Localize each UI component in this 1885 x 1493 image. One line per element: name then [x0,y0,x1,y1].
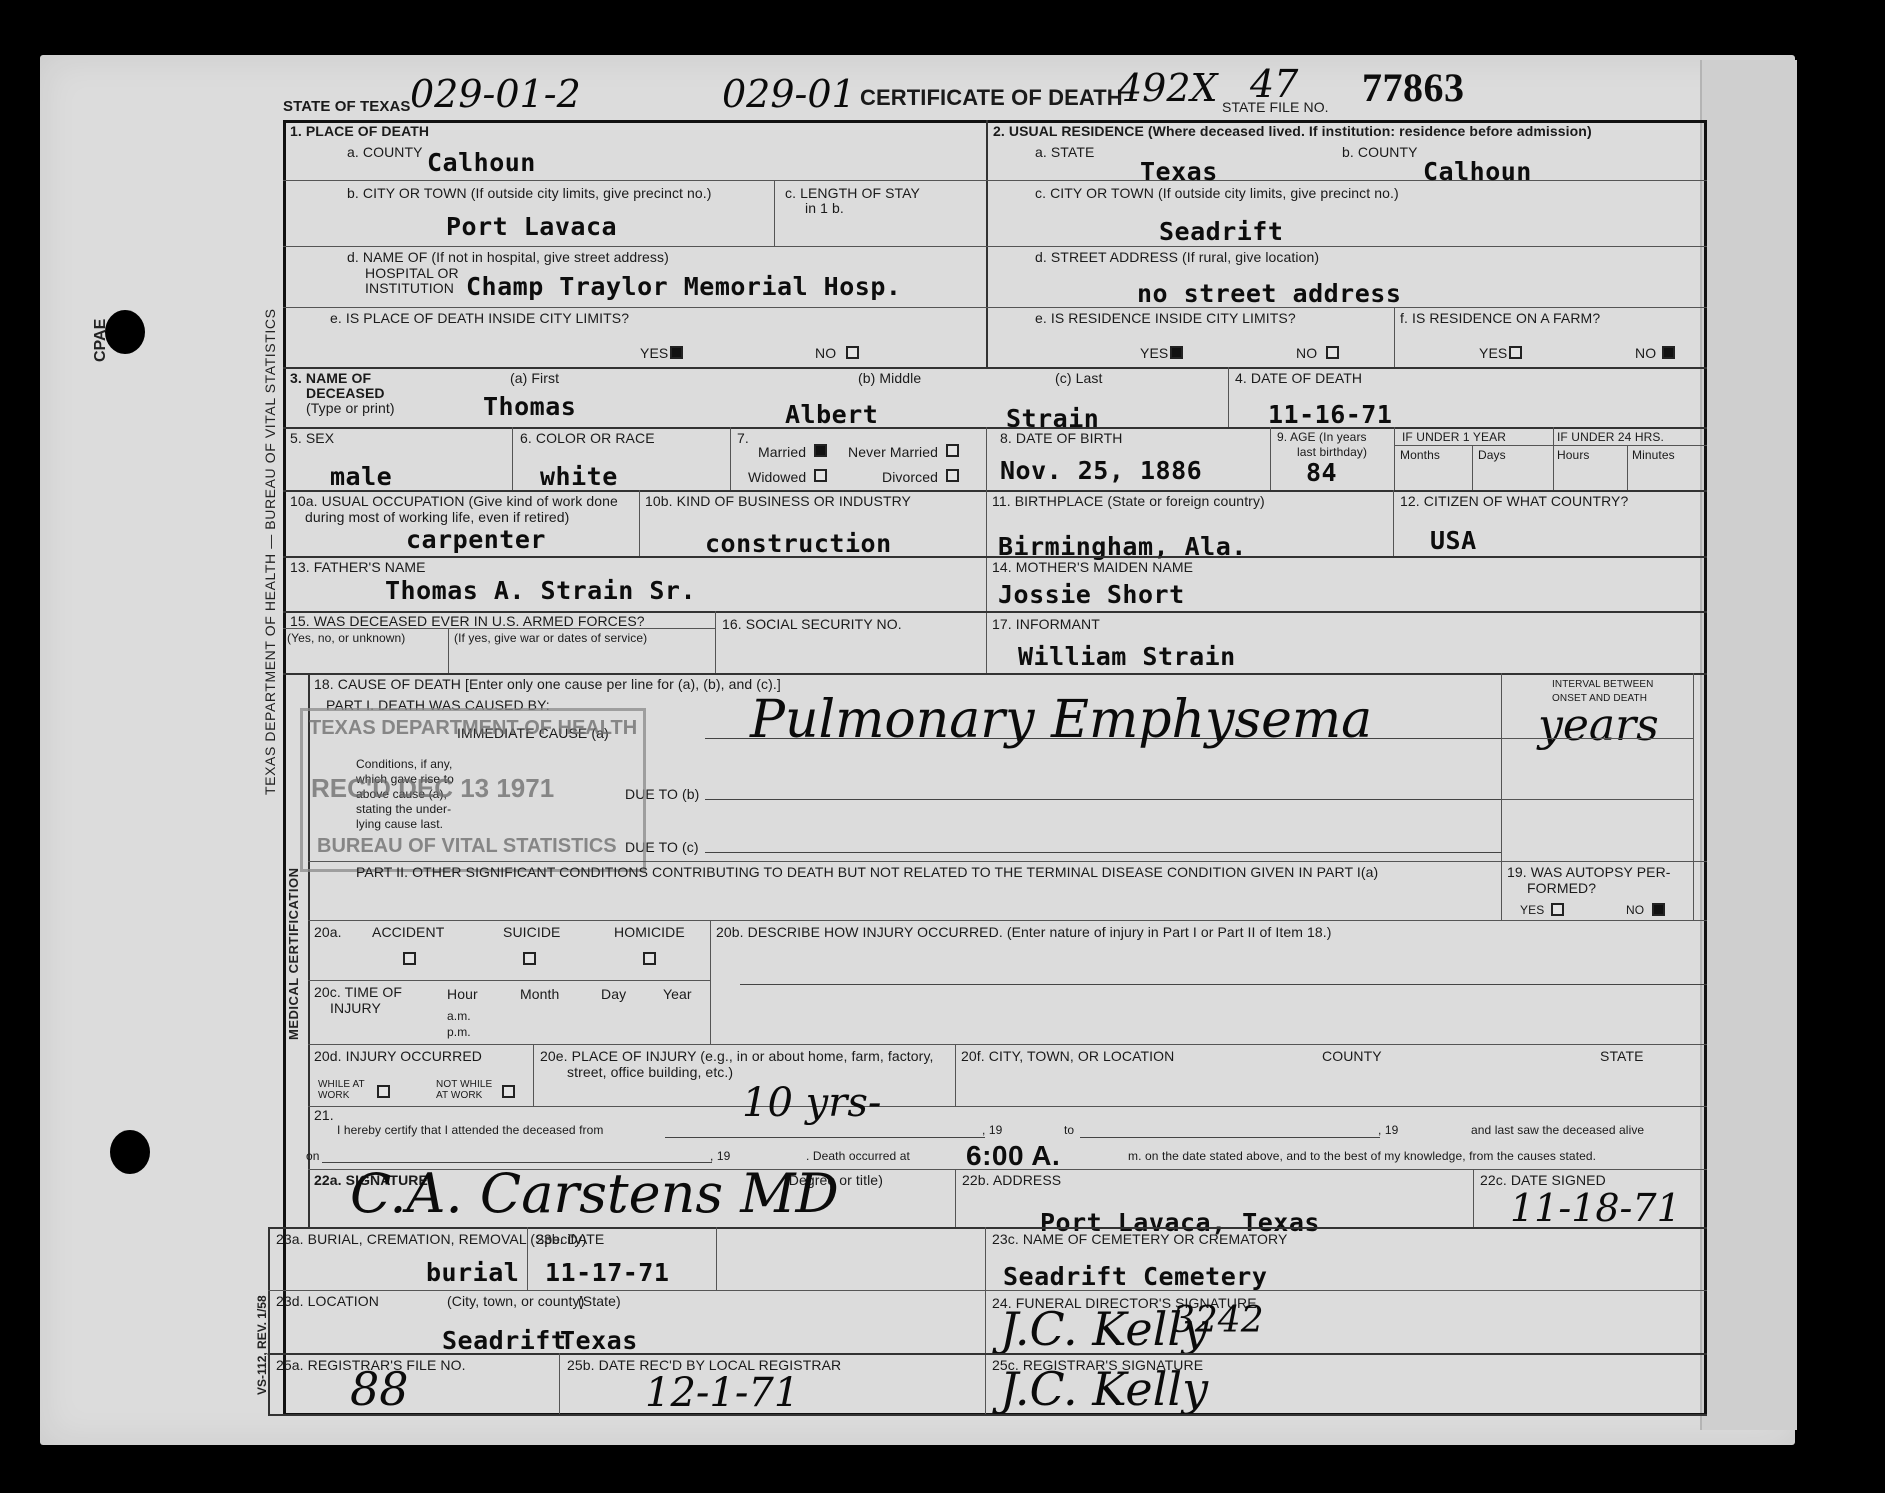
attended-from-line [665,1137,985,1138]
stay-label: c. LENGTH OF STAY [785,186,920,201]
col-line [512,427,513,490]
state-label: STATE OF TEXAS [283,99,411,115]
residence-state: Texas [1140,157,1218,186]
suicide-checkbox[interactable] [523,952,536,965]
name-label-2: DECEASED [306,386,385,401]
state-file-no-label: STATE FILE NO. [1222,100,1329,115]
due-to-b-line [705,799,1501,800]
birthplace-label: 11. BIRTHPLACE (State or foreign country… [992,494,1265,509]
farm-no-label: NO [1635,346,1656,361]
suicide-label: SUICIDE [503,925,561,940]
col-line [1228,367,1229,427]
industry: construction [705,529,892,558]
row-line [283,556,1707,558]
death-time: 6:00 A. [966,1140,1060,1172]
row-line [283,307,986,308]
never-married-checkbox[interactable] [946,444,959,457]
age: 84 [1306,458,1337,487]
date-of-death-label: 4. DATE OF DEATH [1235,371,1362,386]
row-line [283,427,1707,429]
while-at-work-label: WHILE AT WORK [318,1080,368,1101]
col-line [774,180,775,246]
farm-label: f. IS RESIDENCE ON A FARM? [1400,311,1600,326]
col-line [715,611,716,673]
age-label: 9. AGE (In years [1277,431,1367,444]
days-label: Days [1478,449,1506,462]
row-line [268,1227,1707,1229]
nineteen-2: , 19 [1378,1124,1398,1137]
hospital-name: Champ Traylor Memorial Hosp. [466,272,901,301]
residence-city-label: c. CITY OR TOWN (If outside city limits,… [1035,186,1399,201]
under-year-label: IF UNDER 1 YEAR [1402,431,1506,444]
nineteen-3: , 19 [710,1150,730,1163]
col-line [1473,1169,1474,1227]
time-of-injury-label-2: INJURY [330,1001,381,1016]
last-saw-text: and last saw the deceased alive [1471,1124,1644,1137]
label-20a: 20a. [314,925,342,940]
paper-underlay-edge [1700,60,1797,1430]
armed-forces-label: 15. WAS DECEASED EVER IN U.S. ARMED FORC… [290,614,645,629]
stamp-line-1: TEXAS DEPARTMENT OF HEALTH [309,717,637,740]
location-city: Seadrift [442,1326,566,1355]
widowed-label: Widowed [748,470,806,485]
inside-city-no-label: NO [815,346,836,361]
occupation-label-2: during most of working life, even if ret… [305,510,569,525]
father-label: 13. FATHER'S NAME [290,560,426,575]
location-city-label: (City, town, or county) [447,1294,584,1309]
divorced-checkbox[interactable] [946,469,959,482]
informant: William Strain [1018,642,1236,671]
describe-injury-line [740,984,1707,985]
autopsy-label-2: FORMED? [1527,881,1596,896]
homicide-label: HOMICIDE [614,925,685,940]
death-occurred-label: . Death occurred at [806,1150,910,1163]
received-stamp: TEXAS DEPARTMENT OF HEALTH REC'D DEC 13 … [300,708,646,872]
col-line [955,1044,956,1106]
col-line [448,628,449,673]
occupation: carpenter [406,525,546,554]
part2-label: PART II. OTHER SIGNIFICANT CONDITIONS CO… [356,865,1378,880]
inside-city-yes-label: YES [640,346,668,361]
col-line [1693,673,1694,920]
residence-label-text: 2. USUAL RESIDENCE (Where deceased lived… [993,123,1592,139]
injury-city-label: 20f. CITY, TOWN, OR LOCATION [961,1049,1174,1064]
col-line [639,490,640,556]
autopsy-yes-checkbox[interactable] [1551,903,1564,916]
farm-yes-label: YES [1479,346,1507,361]
form-bottom-line [268,1414,1707,1416]
months-label: Months [1400,449,1440,462]
never-married-label: Never Married [848,445,938,460]
residence-county-label: b. COUNTY [1342,145,1418,160]
row-line [308,920,1707,921]
col-line [1501,673,1502,920]
industry-label: 10b. KIND OF BUSINESS OR INDUSTRY [645,494,911,509]
certify-text: I hereby certify that I attended the dec… [337,1124,604,1137]
form-id: VS-112, REV. 1/58 [255,1295,269,1395]
location-state-label: (State) [578,1294,621,1309]
col-line [710,920,711,1044]
injury-county-label: COUNTY [1322,1049,1382,1064]
residence-state-label: a. STATE [1035,145,1094,160]
funeral-director-number: 3242 [1172,1300,1264,1341]
immediate-cause: Pulmonary Emphysema [750,690,1372,750]
hospital-label: d. NAME OF (If not in hospital, give str… [347,250,669,265]
residence-inside-yes-checkbox[interactable] [1170,346,1183,359]
month-label: Month [520,987,559,1002]
day-label: Day [601,987,626,1002]
name-label-3: (Type or print) [306,401,395,416]
col-line [1393,490,1394,556]
row-line [1394,445,1707,446]
inside-city-no-checkbox[interactable] [846,346,859,359]
col-line [1627,445,1628,490]
occupation-label: 10a. USUAL OCCUPATION (Give kind of work… [290,494,618,509]
col-line [1270,427,1271,490]
residence-inside-no-checkbox[interactable] [1326,346,1339,359]
divider-place-residence [986,120,988,367]
first-name: Thomas [483,392,576,421]
minutes-label: Minutes [1632,449,1675,462]
margin-department-title: TEXAS DEPARTMENT OF HEALTH — BUREAU OF V… [262,308,278,795]
accident-checkbox[interactable] [403,952,416,965]
cemetery-label: 23c. NAME OF CEMETERY OR CREMATORY [992,1232,1287,1247]
burial-date-label: 23b. DATE [536,1232,604,1247]
residence-county: Calhoun [1423,157,1532,186]
city-label: b. CITY OR TOWN (If outside city limits,… [347,186,712,201]
row-line [308,1044,1707,1045]
while-at-work-checkbox[interactable] [377,1085,390,1098]
row-line [283,367,1707,369]
row-line [283,673,1707,675]
under-24-label: IF UNDER 24 HRS. [1557,431,1664,444]
autopsy-yes-label: YES [1520,904,1544,917]
middle-name: Albert [785,400,878,429]
age-label-2: last birthday) [1297,446,1367,459]
hospital-label-2: HOSPITAL OR [365,266,459,281]
farm-no-checkbox[interactable] [1662,346,1675,359]
col-line [1472,445,1473,490]
registrar-signature: J.C. Kelly [1000,1362,1208,1416]
date-of-birth: Nov. 25, 1886 [1000,456,1202,485]
hour-label: Hour [447,987,478,1002]
marital-label: 7. [737,431,749,446]
residence-label: 2. USUAL RESIDENCE (Where deceased lived… [993,124,1592,139]
armed-forces-sub-2: (If yes, give war or dates of service) [454,632,647,645]
race: white [540,462,618,491]
inside-city-yes-checkbox[interactable] [670,346,683,359]
row-line [1501,799,1693,800]
residence-street: no street address [1137,279,1401,308]
on-label: on [306,1150,320,1163]
ssn-label: 16. SOCIAL SECURITY NO. [722,617,902,632]
row-line [308,980,710,981]
not-while-at-work-checkbox[interactable] [502,1085,515,1098]
place-of-injury-label: 20e. PLACE OF INJURY (e.g., in or about … [540,1049,934,1064]
row-line [283,180,986,181]
lower-border-left [268,1227,270,1416]
cause-label: 18. CAUSE OF DEATH [Enter only one cause… [314,677,781,692]
attended-to-line [1080,1137,1380,1138]
middle-name-label: (b) Middle [858,371,921,386]
race-label: 6. COLOR OR RACE [520,431,655,446]
citizen: USA [1430,526,1477,555]
col-line [559,1353,560,1416]
handwritten-code-1: 029-01-2 [410,72,581,116]
handwritten-code-2: 029-01 [722,72,856,116]
row-line [986,180,1707,181]
stamp-line-2: REC'D DEC 13 1971 [311,773,554,804]
time-of-injury-label: 20c. TIME OF [314,985,402,1000]
date-recd: 12-1-71 [645,1370,799,1416]
punch-hole-bottom [110,1130,150,1174]
registrar-file-no: 88 [350,1362,409,1416]
stay-sub-label: in 1 b. [805,201,844,216]
label-21: 21. [314,1108,334,1123]
row-line [268,1353,1707,1355]
married-label: Married [758,445,806,460]
row-line [1501,738,1693,739]
col-line [986,490,987,673]
cemetery: Seadrift Cemetery [1003,1262,1267,1291]
row-line [268,1290,1707,1291]
hours-label: Hours [1557,449,1590,462]
county-label: a. COUNTY [347,145,423,160]
place-of-death-label: 1. PLACE OF DEATH [290,124,429,139]
row-line [308,1106,1707,1107]
hole-stamp-text: CPAE [92,319,110,362]
widowed-checkbox[interactable] [814,469,827,482]
name-label: 3. NAME OF [290,371,371,386]
accident-label: ACCIDENT [372,925,444,940]
describe-injury-label: 20b. DESCRIBE HOW INJURY OCCURRED. (Ente… [716,925,1332,940]
not-while-at-work-label: NOT WHILE AT WORK [436,1080,496,1101]
state-file-no: 77863 [1362,64,1465,111]
autopsy-no-checkbox[interactable] [1652,903,1665,916]
interval: years [1538,700,1659,751]
death-time-suffix: m. on the date stated above, and to the … [1128,1150,1596,1163]
due-to-c-line [705,852,1501,853]
col-line [1394,427,1395,490]
armed-forces-sub-1: (Yes, no, or unknown) [287,632,405,645]
mother-label: 14. MOTHER'S MAIDEN NAME [992,560,1193,575]
sex: male [330,462,392,491]
residence-inside-city-label: e. IS RESIDENCE INSIDE CITY LIMITS? [1035,311,1296,326]
citizen-label: 12. CITIZEN OF WHAT COUNTRY? [1400,494,1628,509]
nineteen-1: , 19 [982,1124,1002,1137]
burial-date: 11-17-71 [545,1258,669,1287]
handwritten-code-3: 492X [1118,66,1218,110]
row-line [308,861,1707,862]
attended-from: 10 yrs- [742,1080,881,1126]
residence-inside-no-label: NO [1296,346,1317,361]
row-line [283,490,1707,492]
inside-city-label: e. IS PLACE OF DEATH INSIDE CITY LIMITS? [330,311,629,326]
death-city: Port Lavaca [446,212,617,241]
residence-city: Seadrift [1159,217,1283,246]
residence-street-label: d. STREET ADDRESS (If rural, give locati… [1035,250,1319,265]
location-label: 23d. LOCATION [276,1294,379,1309]
informant-label: 17. INFORMANT [992,617,1100,632]
death-county: Calhoun [427,148,536,177]
row-line [986,246,1707,247]
col-line [1553,427,1554,490]
physician-signature: C.A. Carstens MD [350,1162,839,1225]
divorced-label: Divorced [882,470,938,485]
certificate-title: CERTIFICATE OF DEATH [860,86,1123,109]
farm-yes-checkbox[interactable] [1509,346,1522,359]
autopsy-label: 19. WAS AUTOPSY PER- [1507,865,1671,880]
interval-label-1: INTERVAL BETWEEN [1552,680,1653,691]
hospital-label-3: INSTITUTION [365,281,454,296]
col-line [986,427,987,490]
last-name-label: (c) Last [1055,371,1102,386]
col-line [985,1227,986,1416]
sex-label: 5. SEX [290,431,334,446]
pm-label: p.m. [447,1026,471,1039]
row-line [283,246,986,247]
am-label: a.m. [447,1010,471,1023]
col-line [1394,307,1395,367]
first-name-label: (a) First [510,371,559,386]
autopsy-no-label: NO [1626,904,1644,917]
date-of-death: 11-16-71 [1268,400,1392,429]
date-signed: 11-18-71 [1510,1186,1681,1230]
year-label: Year [663,987,692,1002]
mother-name: Jossie Short [998,580,1185,609]
address-label: 22b. ADDRESS [962,1173,1061,1188]
col-line [533,1044,534,1106]
injury-state-label: STATE [1600,1049,1644,1064]
married-checkbox[interactable] [814,444,827,457]
punch-hole-top [105,310,145,354]
injury-occurred-label: 20d. INJURY OCCURRED [314,1049,482,1064]
residence-inside-yes-label: YES [1140,346,1168,361]
place-of-injury-label-2: street, office building, etc.) [567,1065,733,1080]
father-name: Thomas A. Strain Sr. [385,576,696,605]
location-state: Texas [560,1326,638,1355]
to-label: to [1064,1124,1074,1137]
col-line [716,1227,717,1290]
col-line [955,1169,956,1227]
dob-label: 8. DATE OF BIRTH [1000,431,1122,446]
stamp-line-3: BUREAU OF VITAL STATISTICS [317,835,617,858]
col-line [730,427,731,490]
burial: burial [426,1258,519,1287]
homicide-checkbox[interactable] [643,952,656,965]
